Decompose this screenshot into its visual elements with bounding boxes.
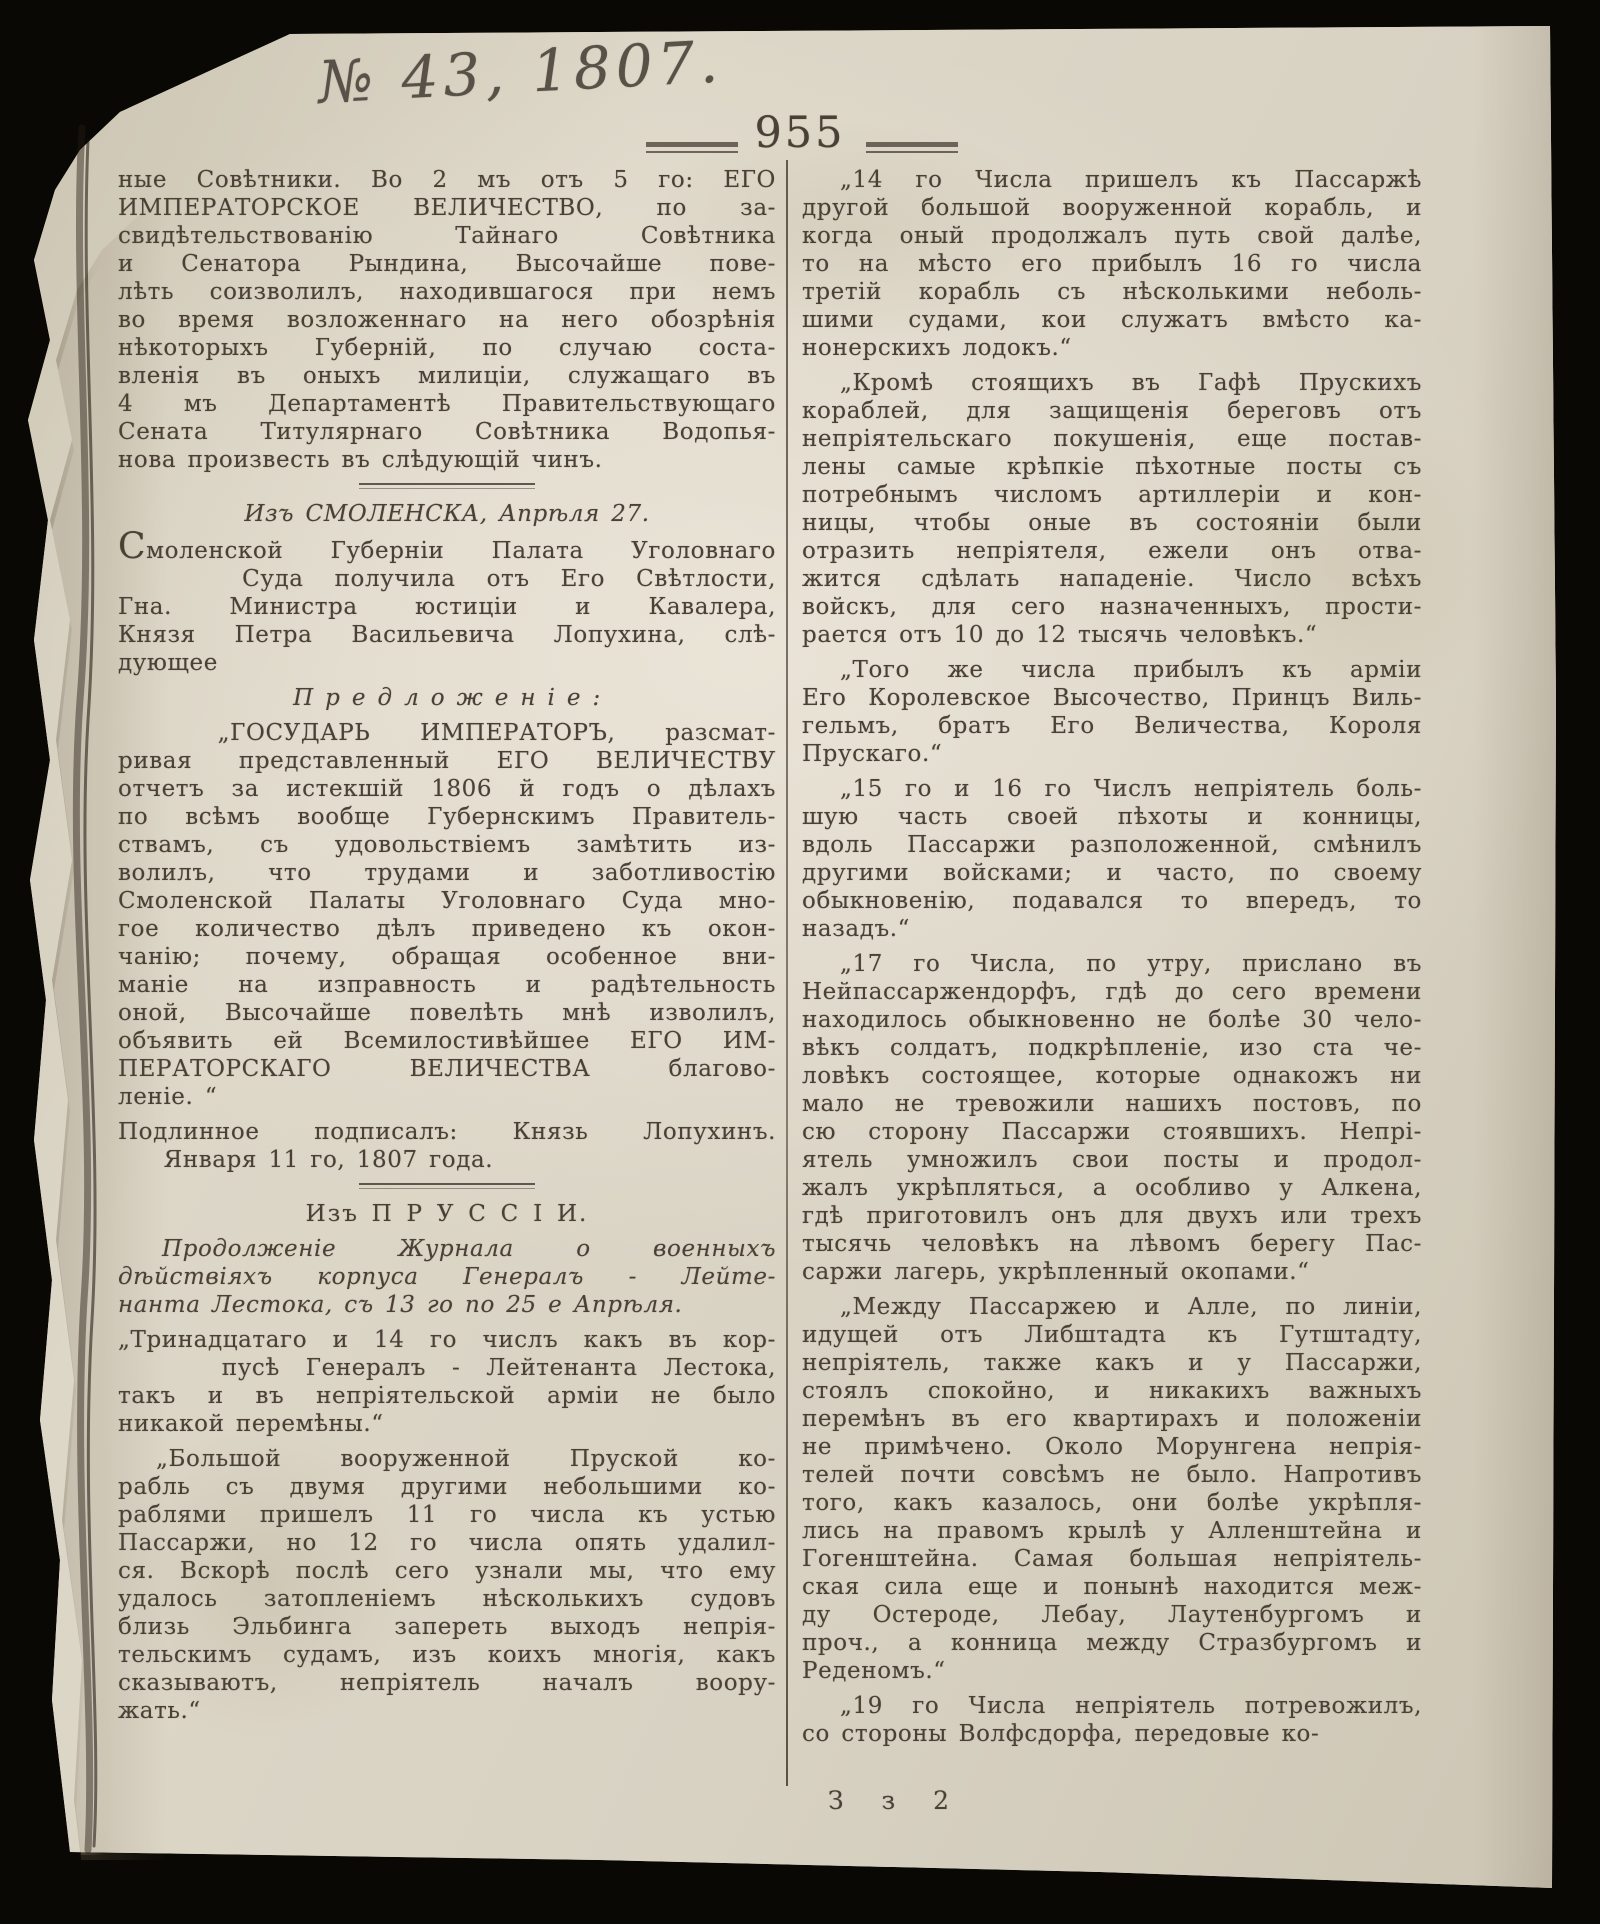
- text-line: Изъ СМОЛЕНСКА, Апрѣля 27.: [118, 500, 776, 528]
- text-line: удалось затопленіемъ нѣсколькихъ судовъ: [118, 1585, 776, 1613]
- text-line: вленія въ оныхъ милиціи, служащаго въ: [118, 362, 776, 390]
- column-divider-rule: [786, 160, 788, 1786]
- text-line: ницы, чтобы оные въ состояніи были: [802, 509, 1422, 537]
- text-line: Января 11 го, 1807 года.: [118, 1146, 776, 1174]
- text-line: нонерскихъ лодокъ.“: [802, 334, 1422, 362]
- text-line: дующее: [118, 649, 776, 677]
- signature-mark: З з 2: [828, 1786, 964, 1815]
- text-line: Князя Петра Васильевича Лопухина, слѣ-: [118, 621, 776, 649]
- text-line: по всѣмъ вообще Губернскимъ Правитель-: [118, 803, 776, 831]
- text-line: жать.“: [118, 1697, 776, 1725]
- text-line: того, какъ казалось, они болѣе укрѣпля-: [802, 1489, 1422, 1517]
- text-line: Нейпассаржендорфъ, гдѣ до сего времени: [802, 978, 1422, 1006]
- text-line: Смоленской Палаты Уголовнаго Суда мно-: [118, 887, 776, 915]
- paragraph: ные Совѣтники. Во 2 мъ отъ 5 го: ЕГОИМПЕ…: [118, 166, 776, 474]
- text-line: идущей отъ Либштадта къ Гутштадту,: [802, 1321, 1422, 1349]
- right-column: „14 го Числа пришелъ къ Пассаржѣдругой б…: [802, 166, 1422, 1755]
- text-line: Реденомъ.“: [802, 1657, 1422, 1685]
- paragraph: Изъ СМОЛЕНСКА, Апрѣля 27.: [118, 500, 776, 528]
- text-line: ся. Вскорѣ послѣ сего узнали мы, что ему: [118, 1557, 776, 1585]
- text-line: то на мѣсто его прибылъ 16 го числа: [802, 250, 1422, 278]
- paragraph: Подлинное подписалъ: Князь Лопухинъ. Янв…: [118, 1118, 776, 1174]
- text-line: Изъ П Р У С С І И.: [118, 1200, 776, 1228]
- text-line: „Между Пассаржею и Алле, по линіи,: [802, 1293, 1422, 1321]
- text-line: близь Эльбинга запереть выходъ непрія-: [118, 1613, 776, 1641]
- text-line: шими судами, кои служатъ вмѣсто ка-: [802, 306, 1422, 334]
- text-line: нова произвесть въ слѣдующій чинъ.: [118, 446, 776, 474]
- text-line: саржи лагерь, укрѣпленный окопами.“: [802, 1258, 1422, 1286]
- text-line: Подлинное подписалъ: Князь Лопухинъ.: [118, 1118, 776, 1146]
- text-line: свидѣтельствованію Тайнаго Совѣтника: [118, 222, 776, 250]
- text-line: „19 го Числа непріятель потревожилъ,: [802, 1692, 1422, 1720]
- text-line: Пассаржи, но 12 го числа опять удалил-: [118, 1529, 776, 1557]
- text-line: тысячь человѣкъ на лѣвомъ берегу Пас-: [802, 1230, 1422, 1258]
- left-column: ные Совѣтники. Во 2 мъ отъ 5 го: ЕГОИМПЕ…: [118, 166, 776, 1732]
- text-line: лены самые крѣпкіе пѣхотные посты съ: [802, 453, 1422, 481]
- text-line: нанта Лестока, съ 13 го по 25 е Апрѣля.: [118, 1291, 776, 1319]
- text-line: „15 го и 16 го Числъ непріятель боль-: [802, 775, 1422, 803]
- text-line: „ГОСУДАРЬ ИМПЕРАТОРЪ, разсмат-: [118, 719, 776, 747]
- text-line: отчетъ за истекшій 1806 й годъ о дѣлахъ: [118, 775, 776, 803]
- text-line: отразить непріятеля, ежели онъ отва-: [802, 537, 1422, 565]
- text-line: обыкновенію, подавался то впередъ, то: [802, 887, 1422, 915]
- paragraph: „Тринадцатаго и 14 го числъ какъ въ кор-…: [118, 1326, 776, 1438]
- text-line: леніе. “: [118, 1083, 776, 1111]
- text-line: 4 мъ Департаментѣ Правительствующаго: [118, 390, 776, 418]
- header-flourish-right: [866, 142, 958, 153]
- text-line: и Сенатора Рындина, Высочайше пове-: [118, 250, 776, 278]
- text-line: другой большой вооруженной корабль, и: [802, 194, 1422, 222]
- text-line: нѣкоторыхъ Губерній, по случаю соста-: [118, 334, 776, 362]
- text-line: вѣкъ солдатъ, подкрѣпленіе, изо ста че-: [802, 1034, 1422, 1062]
- text-line: маніе на изправность и радѣтельность: [118, 971, 776, 999]
- text-line: Суда получила отъ Его Свѣтлости,: [118, 565, 776, 593]
- paragraph: Продолженіе Журнала о военныхъдѣйствіяхъ…: [118, 1235, 776, 1319]
- text-line: такъ и въ непріятельской арміи не было: [118, 1382, 776, 1410]
- paragraph: „15 го и 16 го Числъ непріятель боль-шую…: [802, 775, 1422, 943]
- text-line: рается отъ 10 до 12 тысячь человѣкъ.“: [802, 621, 1422, 649]
- text-line: „Того же числа прибылъ къ арміи: [802, 656, 1422, 684]
- text-line: П р е д л о ж е н і е :: [118, 684, 776, 712]
- text-line: телей почти совсѣмъ не было. Напротивъ: [802, 1461, 1422, 1489]
- paragraph: „19 го Числа непріятель потревожилъ,со с…: [802, 1692, 1422, 1748]
- text-line: никакой перемѣны.“: [118, 1410, 776, 1438]
- paragraph: „ГОСУДАРЬ ИМПЕРАТОРЪ, разсмат-ривая пред…: [118, 719, 776, 1111]
- text-line: сю сторону Пассаржи стоявшихъ. Непрі-: [802, 1118, 1422, 1146]
- text-line: со стороны Волфсдорфа, передовые ко-: [802, 1720, 1422, 1748]
- paragraph: „Того же числа прибылъ къ арміиЕго Корол…: [802, 656, 1422, 768]
- text-line: пусѣ Генералъ - Лейтенанта Лестока,: [118, 1354, 776, 1382]
- text-line: Сената Титулярнаго Совѣтника Водопья-: [118, 418, 776, 446]
- text-line: гдѣ приготовилъ онъ для двухъ или трехъ: [802, 1202, 1422, 1230]
- paragraph: „17 го Числа, по утру, прислано въНейпас…: [802, 950, 1422, 1286]
- text-line: тельскимъ судамъ, изъ коихъ многія, какъ: [118, 1641, 776, 1669]
- text-line: „17 го Числа, по утру, прислано въ: [802, 950, 1422, 978]
- text-line: сказываютъ, непріятель началъ воору-: [118, 1669, 776, 1697]
- text-line: рабль съ двумя другими небольшими ко-: [118, 1473, 776, 1501]
- text-line: находилось обыкновенно не болѣе 30 чело-: [802, 1006, 1422, 1034]
- text-line: „14 го Числа пришелъ къ Пассаржѣ: [802, 166, 1422, 194]
- text-line: „Большой вооруженной Пруской ко-: [118, 1445, 776, 1473]
- text-line: „Тринадцатаго и 14 го числъ какъ въ кор-: [118, 1326, 776, 1354]
- paragraph: Изъ П Р У С С І И.: [118, 1200, 776, 1228]
- text-line: волилъ, что трудами и заботливостію: [118, 859, 776, 887]
- text-line: Смоленской Губерніи Палата Уголовнаго: [118, 535, 776, 565]
- text-line: ду Остероде, Лебау, Лаутенбургомъ и: [802, 1601, 1422, 1629]
- text-line: ИМПЕРАТОРСКОЕ ВЕЛИЧЕСТВО, по за-: [118, 194, 776, 222]
- text-line: ствамъ, съ удовольствіемъ замѣтить из-: [118, 831, 776, 859]
- text-line: чанію; почему, обращая особенное вни-: [118, 943, 776, 971]
- text-line: шую часть своей пѣхоты и конницы,: [802, 803, 1422, 831]
- text-line: кораблей, для защищенія береговъ отъ: [802, 397, 1422, 425]
- text-line: ловѣкъ состоящее, которые однакожъ ни: [802, 1062, 1422, 1090]
- text-line: „Кромѣ стоящихъ въ Гафѣ Прускихъ: [802, 369, 1422, 397]
- text-line: третій корабль съ нѣсколькими неболь-: [802, 278, 1422, 306]
- text-line: жалъ укрѣпляться, а особливо у Алкена,: [802, 1174, 1422, 1202]
- text-line: Продолженіе Журнала о военныхъ: [118, 1235, 776, 1263]
- scan-background: № 43, 1807. 955 ные Совѣтники. Во 2 мъ о…: [0, 0, 1600, 1924]
- text-line: проч., а конница между Стразбургомъ и: [802, 1629, 1422, 1657]
- paragraph: „14 го Числа пришелъ къ Пассаржѣдругой б…: [802, 166, 1422, 362]
- text-line: не примѣчено. Около Морунгена непрія-: [802, 1433, 1422, 1461]
- text-line: Его Королевское Высочество, Принцъ Виль-: [802, 684, 1422, 712]
- section-rule: [359, 483, 535, 489]
- text-line: когда оный продолжалъ путь свой далѣе,: [802, 222, 1422, 250]
- text-line: перемѣнъ въ его квартирахъ и положеніи: [802, 1405, 1422, 1433]
- text-line: стоялъ спокойно, и никакихъ важныхъ: [802, 1377, 1422, 1405]
- text-line: Гогенштейна. Самая большая непріятель-: [802, 1545, 1422, 1573]
- text-line: другими войсками; и часто, по своему: [802, 859, 1422, 887]
- text-line: во время возложеннаго на него обозрѣнія: [118, 306, 776, 334]
- header-flourish-left: [646, 142, 738, 153]
- text-line: войскъ, для сего назначенныхъ, прости-: [802, 593, 1422, 621]
- text-line: гое количество дѣлъ приведено къ окон-: [118, 915, 776, 943]
- text-line: мало не тревожили нашихъ постовъ, по: [802, 1090, 1422, 1118]
- text-line: Прускаго.“: [802, 740, 1422, 768]
- text-line: объявить ей Всемилостивѣйшее ЕГО ИМ-: [118, 1027, 776, 1055]
- text-line: вдоль Пассаржи разположенной, смѣнилъ: [802, 831, 1422, 859]
- text-line: жится сдѣлать нападеніе. Число всѣхъ: [802, 565, 1422, 593]
- text-line: гельмъ, братъ Его Величества, Короля: [802, 712, 1422, 740]
- text-line: потребнымъ числомъ артиллеріи и кон-: [802, 481, 1422, 509]
- text-line: лись на правомъ крылѣ у Алленштейна и: [802, 1517, 1422, 1545]
- text-line: дѣйствіяхъ корпуса Генералъ - Лейте-: [118, 1263, 776, 1291]
- text-line: ская сила еще и понынѣ находится меж-: [802, 1573, 1422, 1601]
- text-line: непріятель, также какъ и у Пассаржи,: [802, 1349, 1422, 1377]
- paragraph: П р е д л о ж е н і е :: [118, 684, 776, 712]
- text-line: непріятельскаго покушенія, еще постав-: [802, 425, 1422, 453]
- text-line: оной, Высочайше повелѣть мнѣ изволилъ,: [118, 999, 776, 1027]
- paragraph: Смоленской Губерніи Палата Уголовнаго Су…: [118, 535, 776, 677]
- text-line: ные Совѣтники. Во 2 мъ отъ 5 го: ЕГО: [118, 166, 776, 194]
- text-line: Гна. Министра юстиціи и Кавалера,: [118, 593, 776, 621]
- section-rule: [359, 1183, 535, 1189]
- paragraph: „Между Пассаржею и Алле, по линіи,идущей…: [802, 1293, 1422, 1685]
- text-line: ятель умножилъ свои посты и продол-: [802, 1146, 1422, 1174]
- text-line: раблями пришелъ 11 го числа къ устью: [118, 1501, 776, 1529]
- paragraph: „Кромѣ стоящихъ въ Гафѣ Прускихъкораблей…: [802, 369, 1422, 649]
- text-line: ривая представленный ЕГО ВЕЛИЧЕСТВУ: [118, 747, 776, 775]
- text-line: лѣть соизволилъ, находившагося при немъ: [118, 278, 776, 306]
- text-line: назадъ.“: [802, 915, 1422, 943]
- text-line: ПЕРАТОРСКАГО ВЕЛИЧЕСТВА благово-: [118, 1055, 776, 1083]
- page-number: 955: [744, 108, 856, 158]
- paragraph: „Большой вооруженной Пруской ко-рабль съ…: [118, 1445, 776, 1725]
